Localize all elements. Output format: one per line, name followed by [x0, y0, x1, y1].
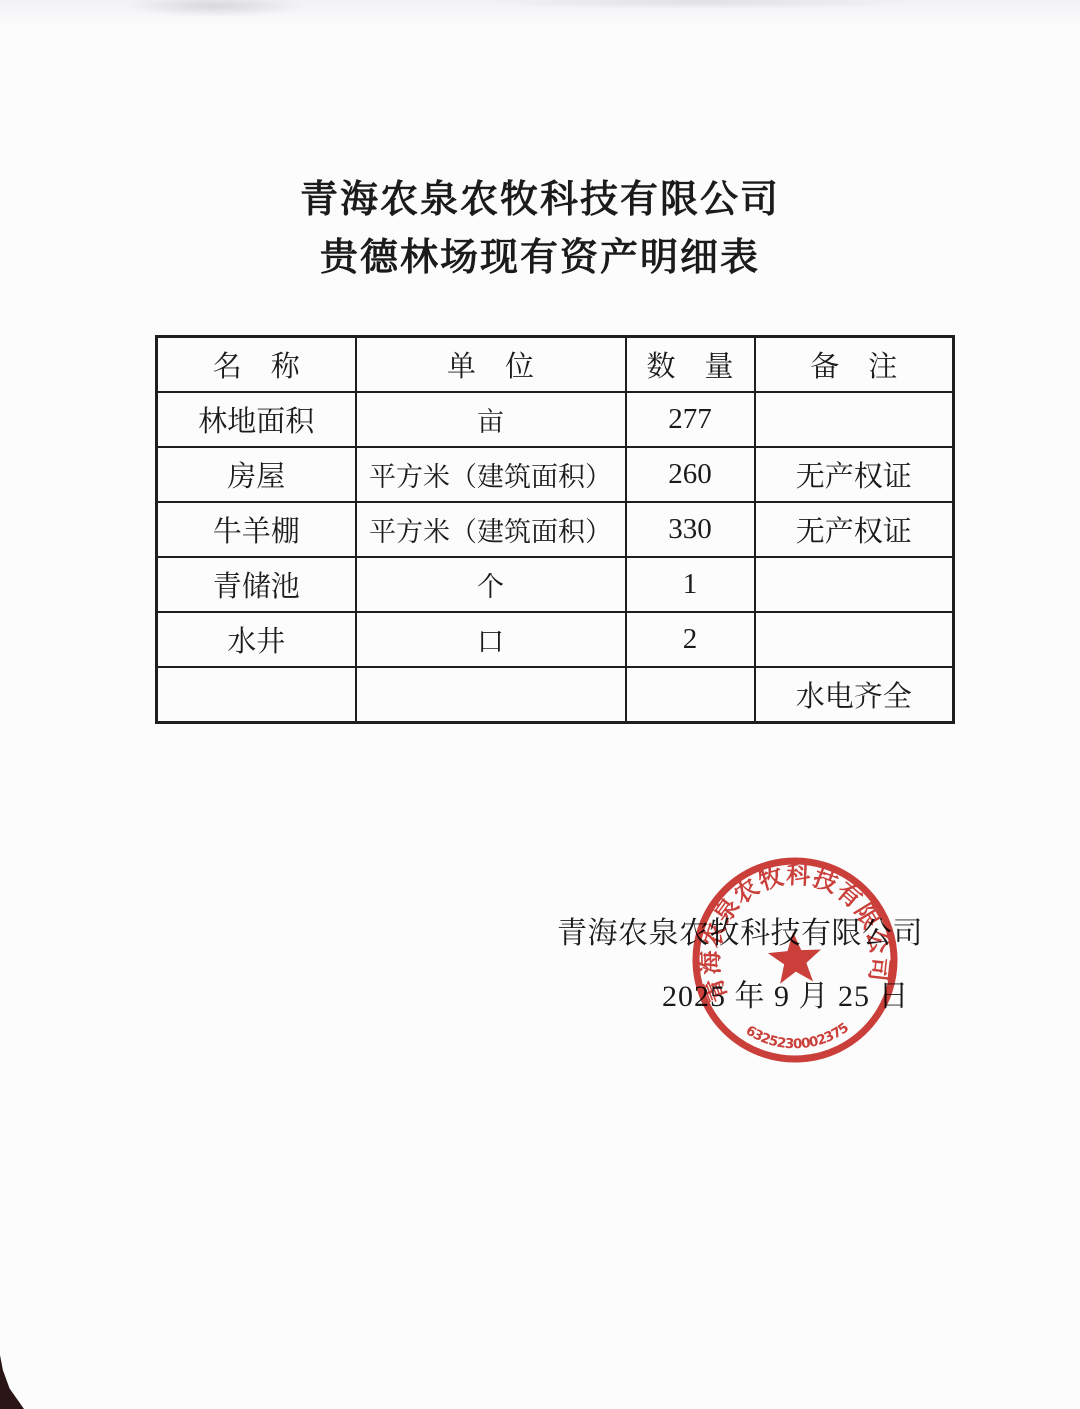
seal-arc-text: 青海农泉农牧科技有限公司	[690, 855, 895, 1006]
cell-note: 水电齐全	[755, 667, 954, 723]
asset-detail-table: 名 称 单 位 数 量 备 注 林地面积 亩 277 房屋 平方米（建筑面积） …	[155, 335, 955, 724]
document-title-company: 青海农泉农牧科技有限公司	[0, 178, 1080, 222]
cell-unit: 平方米（建筑面积）	[356, 502, 626, 557]
scanned-document-page: 青海农泉农牧科技有限公司 贵德林场现有资产明细表 名 称 单 位 数 量 备 注…	[0, 0, 1080, 1409]
cell-qty: 2	[626, 612, 755, 667]
table-row: 水电齐全	[157, 667, 954, 723]
cell-name: 房屋	[157, 447, 356, 502]
table-header-row: 名 称 单 位 数 量 备 注	[157, 337, 954, 393]
scan-noise-artifact	[0, 0, 1080, 46]
header-unit: 单 位	[356, 337, 626, 393]
cell-name: 林地面积	[157, 392, 356, 447]
table-row: 房屋 平方米（建筑面积） 260 无产权证	[157, 447, 954, 502]
header-note: 备 注	[755, 337, 954, 393]
cell-qty: 1	[626, 557, 755, 612]
header-name: 名 称	[157, 337, 356, 393]
cell-unit: 个	[356, 557, 626, 612]
table-row: 水井 口 2	[157, 612, 954, 667]
cell-qty: 260	[626, 447, 755, 502]
cell-note: 无产权证	[755, 447, 954, 502]
cell-qty: 277	[626, 392, 755, 447]
cell-unit: 平方米（建筑面积）	[356, 447, 626, 502]
cell-name	[157, 667, 356, 723]
cell-name: 青储池	[157, 557, 356, 612]
scan-corner-shadow	[0, 1355, 24, 1409]
cell-unit: 亩	[356, 392, 626, 447]
cell-name: 水井	[157, 612, 356, 667]
cell-qty	[626, 667, 755, 723]
seal-star-icon	[767, 930, 824, 984]
table-row: 林地面积 亩 277	[157, 392, 954, 447]
cell-note	[755, 392, 954, 447]
cell-qty: 330	[626, 502, 755, 557]
cell-name: 牛羊棚	[157, 502, 356, 557]
cell-note	[755, 612, 954, 667]
company-seal-stamp: 青海农泉农牧科技有限公司 6325230002375	[684, 849, 906, 1071]
cell-unit: 口	[356, 612, 626, 667]
table-row: 青储池 个 1	[157, 557, 954, 612]
cell-unit	[356, 667, 626, 723]
cell-note: 无产权证	[755, 502, 954, 557]
table-row: 牛羊棚 平方米（建筑面积） 330 无产权证	[157, 502, 954, 557]
document-title-subject: 贵德林场现有资产明细表	[0, 236, 1080, 280]
cell-note	[755, 557, 954, 612]
header-qty: 数 量	[626, 337, 755, 393]
